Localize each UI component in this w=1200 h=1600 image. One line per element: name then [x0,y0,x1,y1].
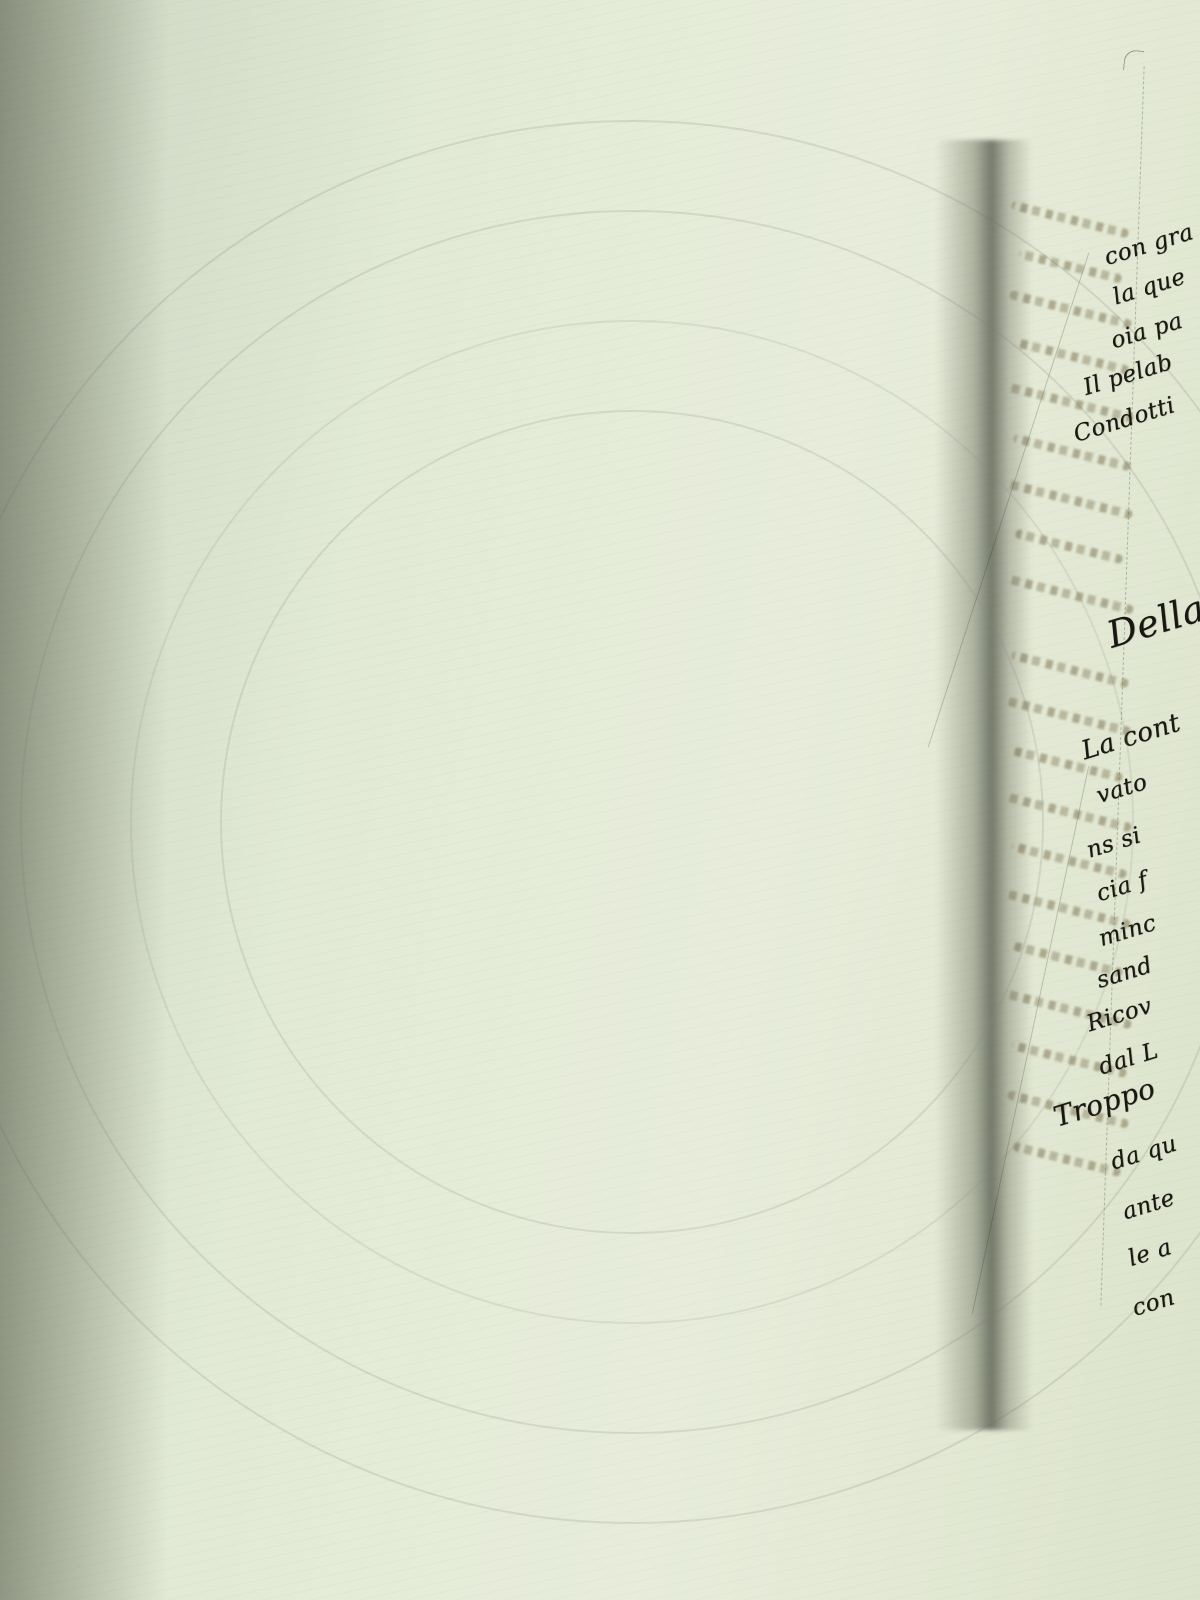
right-page-text-fragment: Ricov [1084,993,1156,1037]
right-page-text-fragment: Condotti [1070,392,1178,447]
right-page-text-fragment: oia pa [1108,308,1186,354]
photo-open-manuscript-book: 154 12861 6120 no de' Poderi adiacenti a… [0,0,1200,1600]
margin-rule-hook [1123,49,1144,72]
right-page-text-fragment: da qu [1108,1131,1180,1176]
right-page-text-fragment: Troppo [1049,1071,1159,1133]
right-page-text-fragment: ns si [1083,822,1144,863]
right-page-text-fragment: dal L [1096,1038,1162,1081]
right-page-text-fragment: Della [1102,586,1200,656]
right-page-text-fragment: con [1129,1284,1178,1321]
right-page-text-fragment: ante [1119,1185,1178,1225]
gutter-shadow [936,140,1032,1430]
right-page-text-fragment: le a [1125,1234,1175,1272]
right-page-text-fragment: sand [1093,952,1155,994]
right-page-text-fragment: La cont [1078,708,1184,766]
right-page-text-fragment: la que [1110,264,1189,311]
